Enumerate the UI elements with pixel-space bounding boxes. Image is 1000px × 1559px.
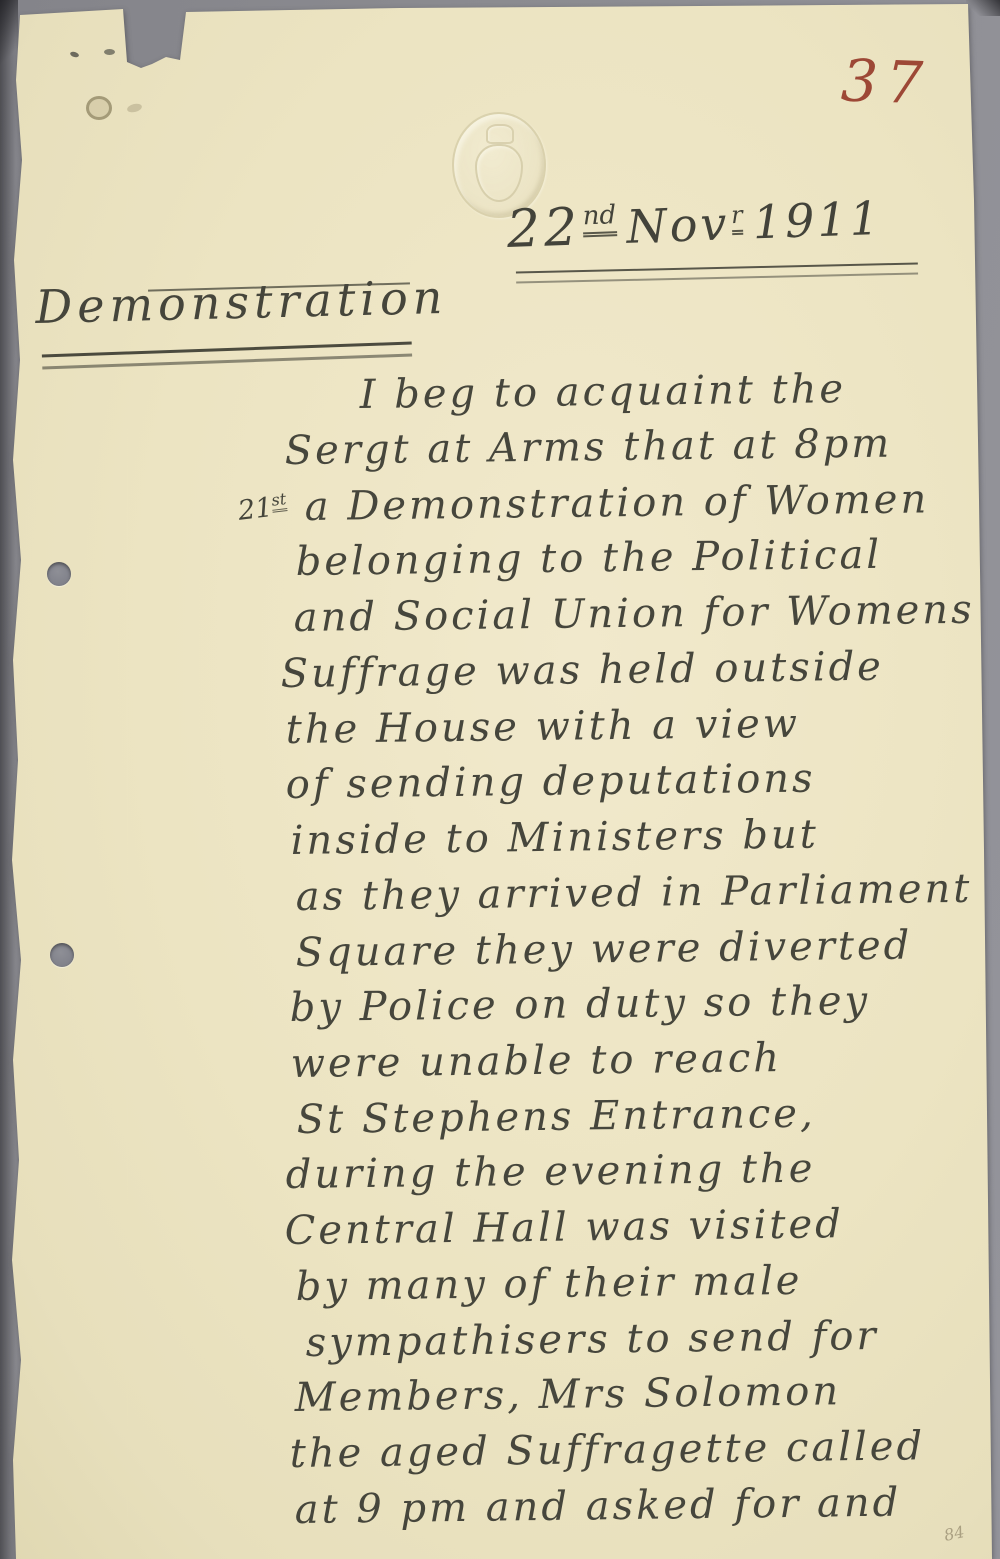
handwritten-line: as they arrived in Parliament xyxy=(295,867,972,919)
handwritten-line: sympathisers to send for xyxy=(305,1314,878,1365)
scanned-document-page: 37 22ndNovr1911 Demonstration 21st I beg… xyxy=(0,0,1000,1559)
handwritten-line: Suffrage was held outside xyxy=(280,645,884,696)
margin-note-suffix: st xyxy=(270,489,287,513)
handwritten-line: at 9 pm and asked for and xyxy=(294,1481,901,1532)
date-month: Nov xyxy=(626,196,731,254)
handwritten-line: Sergt at Arms that at 8pm xyxy=(284,422,892,473)
stain-smudge xyxy=(126,102,142,113)
stain-ring xyxy=(86,96,112,120)
faint-pencil-mark: 84 xyxy=(942,1522,966,1545)
punch-hole xyxy=(50,943,74,967)
date-line: 22ndNovr1911 xyxy=(506,187,883,260)
handwritten-line: were unable to reach xyxy=(290,1036,782,1086)
handwritten-line: Central Hall was visited xyxy=(284,1202,844,1253)
date-day: 22 xyxy=(506,197,582,260)
date-underline xyxy=(516,262,918,283)
handwritten-line: of sending deputations xyxy=(285,757,815,807)
handwritten-line: and Social Union for Womens xyxy=(293,588,974,640)
date-year: 1911 xyxy=(752,191,883,249)
handwritten-line: by many of their male xyxy=(295,1259,802,1309)
handwritten-line: Members, Mrs Solomon xyxy=(294,1369,841,1420)
document-heading: Demonstration xyxy=(35,270,448,334)
paper-sheet: 37 22ndNovr1911 Demonstration 21st I beg… xyxy=(0,0,1000,1559)
heading-underline xyxy=(42,342,412,370)
ink-speck xyxy=(69,51,79,59)
margin-note-date: 21st xyxy=(236,489,289,527)
date-day-suffix: nd xyxy=(582,200,617,237)
handwritten-line: Square they were diverted xyxy=(295,923,912,975)
handwritten-line: a Demonstration of Women xyxy=(304,477,929,529)
handwritten-line: during the evening the xyxy=(285,1147,815,1197)
seal-shield-icon xyxy=(475,144,523,202)
handwritten-line: the House with a view xyxy=(285,702,800,752)
paper-sheet-wrapper: 37 22ndNovr1911 Demonstration 21st I beg… xyxy=(0,0,1000,1559)
ink-speck xyxy=(104,49,115,55)
handwritten-line: by Police on duty so they xyxy=(289,979,870,1030)
handwritten-line: St Stephens Entrance, xyxy=(296,1092,815,1142)
handwritten-line: I beg to acquaint the xyxy=(359,367,846,417)
seal-crown-icon xyxy=(486,124,514,144)
handwritten-line: the aged Suffragette called xyxy=(289,1424,925,1476)
margin-note-number: 21 xyxy=(236,492,274,527)
date-month-suffix: r xyxy=(731,201,744,235)
folio-page-number: 37 xyxy=(840,46,932,117)
handwritten-line: belonging to the Political xyxy=(295,533,882,584)
handwritten-line: inside to Ministers but xyxy=(290,813,819,863)
punch-hole xyxy=(47,562,71,586)
